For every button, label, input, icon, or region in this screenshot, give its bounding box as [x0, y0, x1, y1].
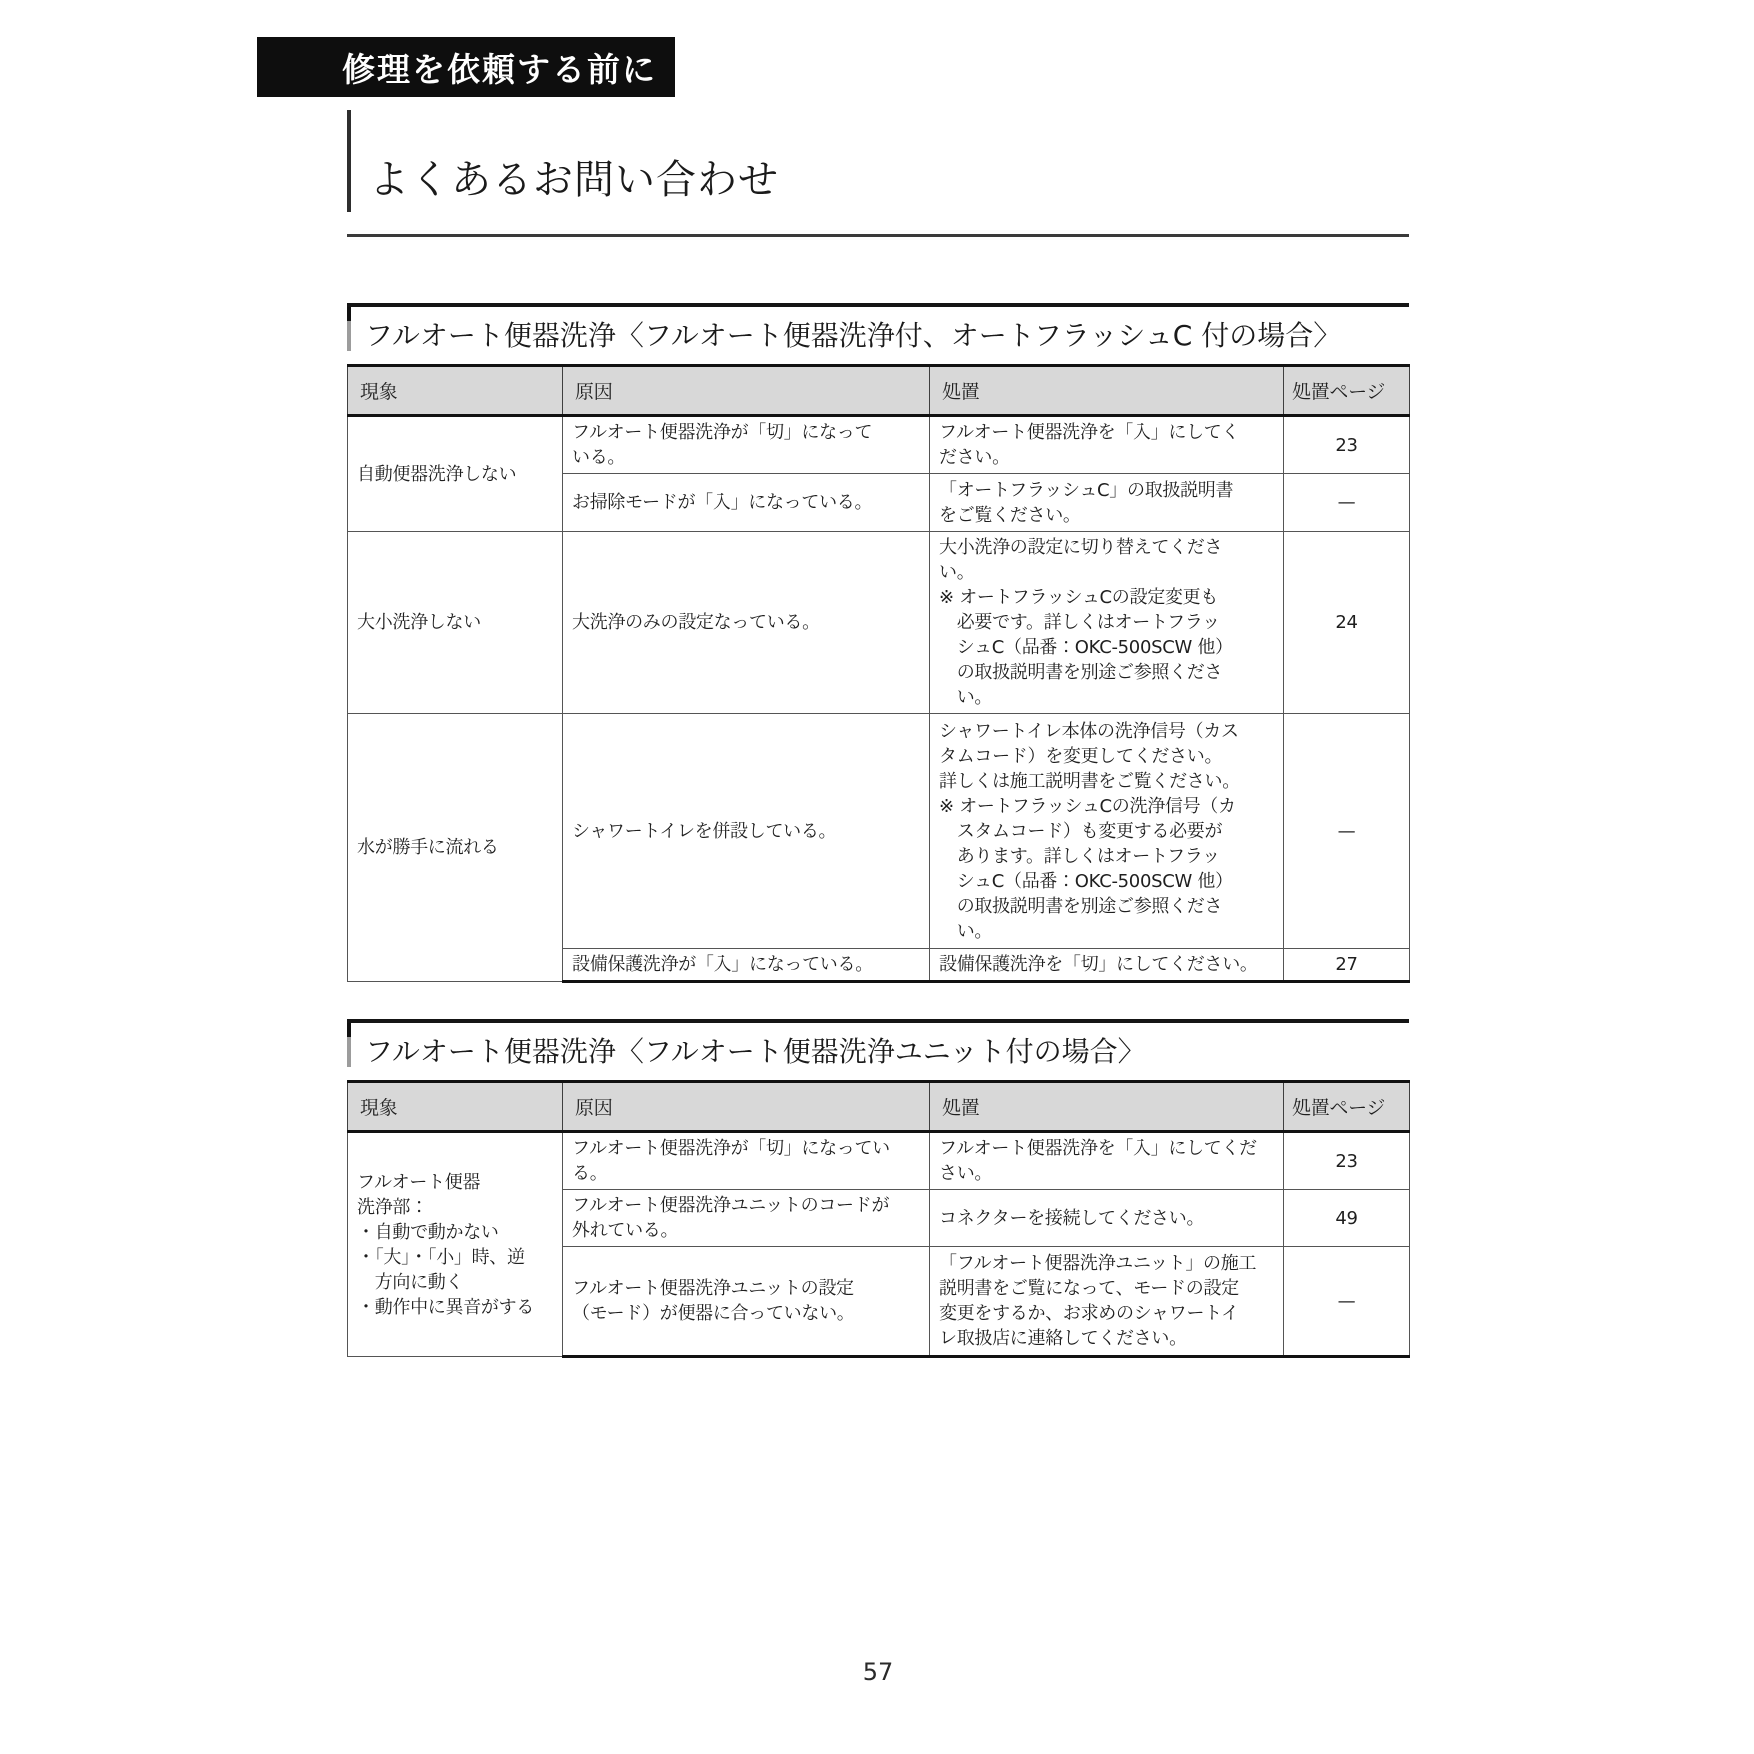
action-cell: コネクターを接続してください。 — [930, 1190, 1284, 1247]
page-ref-cell: 23 — [1284, 1132, 1410, 1190]
page-title: よくあるお問い合わせ — [369, 148, 779, 205]
col-header-phenomenon: 現象 — [348, 1082, 563, 1132]
page-title-block: よくあるお問い合わせ — [347, 110, 1409, 212]
troubleshooting-table-1: 現象 原因 処置 処置ページ 自動便器洗浄しない フルオート便器洗浄が「切」にな… — [347, 364, 1410, 983]
action-cell: 大小洗浄の設定に切り替えてくださ い。 ※ オートフラッシュCの設定変更も 必要… — [930, 532, 1284, 714]
table-row: 大小洗浄しない 大洗浄のみの設定なっている。 大小洗浄の設定に切り替えてくださ … — [348, 532, 1410, 714]
col-header-action: 処置 — [930, 366, 1284, 416]
action-cell: シャワートイレ本体の洗浄信号（カス タムコード）を変更してください。 詳しくは施… — [930, 714, 1284, 949]
cause-cell: お掃除モードが「入」になっている。 — [563, 474, 930, 532]
cause-cell: フルオート便器洗浄が「切」になってい る。 — [563, 1132, 930, 1190]
title-accent-bar — [347, 110, 351, 212]
action-cell: 「オートフラッシュC」の取扱説明書 をご覧ください。 — [930, 474, 1284, 532]
action-cell: フルオート便器洗浄を「入」にしてく ださい。 — [930, 416, 1284, 474]
col-header-page: 処置ページ — [1284, 1082, 1410, 1132]
section-title-2: フルオート便器洗浄〈フルオート便器洗浄ユニット付の場合〉 — [365, 1030, 1409, 1070]
page-ref-cell: 24 — [1284, 532, 1410, 714]
cause-cell: フルオート便器洗浄ユニットのコードが 外れている。 — [563, 1190, 930, 1247]
troubleshooting-table-2: 現象 原因 処置 処置ページ フルオート便器 洗浄部： ・自動で動かない ・「大… — [347, 1080, 1410, 1358]
section-flush-unit: フルオート便器洗浄〈フルオート便器洗浄ユニット付の場合〉 現象 原因 処置 処置… — [347, 1019, 1409, 1358]
cause-cell: 大洗浄のみの設定なっている。 — [563, 532, 930, 714]
col-header-cause: 原因 — [563, 366, 930, 416]
section-title-1: フルオート便器洗浄〈フルオート便器洗浄付、オートフラッシュC 付の場合〉 — [365, 314, 1409, 354]
action-cell: 設備保護洗浄を「切」にしてください。 — [930, 949, 1284, 982]
col-header-cause: 原因 — [563, 1082, 930, 1132]
col-header-phenomenon: 現象 — [348, 366, 563, 416]
cause-cell: 設備保護洗浄が「入」になっている。 — [563, 949, 930, 982]
phenomenon-cell: 大小洗浄しない — [348, 532, 563, 714]
page-ref-cell: — — [1284, 1247, 1410, 1357]
page-ref-cell: 23 — [1284, 416, 1410, 474]
cause-cell: シャワートイレを併設している。 — [563, 714, 930, 949]
page-ref-cell: 49 — [1284, 1190, 1410, 1247]
action-cell: フルオート便器洗浄を「入」にしてくだ さい。 — [930, 1132, 1284, 1190]
title-rule — [347, 234, 1409, 237]
table-row: 自動便器洗浄しない フルオート便器洗浄が「切」になって いる。 フルオート便器洗… — [348, 416, 1410, 474]
section-accent-bar — [347, 1023, 351, 1067]
phenomenon-cell: 自動便器洗浄しない — [348, 416, 563, 532]
action-cell: 「フルオート便器洗浄ユニット」の施工 説明書をご覧になって、モードの設定 変更を… — [930, 1247, 1284, 1357]
cause-cell: フルオート便器洗浄が「切」になって いる。 — [563, 416, 930, 474]
page-number: 57 — [347, 1658, 1409, 1686]
section-autoflush-c: フルオート便器洗浄〈フルオート便器洗浄付、オートフラッシュC 付の場合〉 現象 … — [347, 303, 1409, 983]
manual-page: 修理を依頼する前に よくあるお問い合わせ フルオート便器洗浄〈フルオート便器洗浄… — [0, 0, 1754, 1754]
table-row: フルオート便器 洗浄部： ・自動で動かない ・「大」・「小」時、逆 方向に動く … — [348, 1132, 1410, 1190]
table-header-row: 現象 原因 処置 処置ページ — [348, 366, 1410, 416]
page-ref-cell: 27 — [1284, 949, 1410, 982]
col-header-action: 処置 — [930, 1082, 1284, 1132]
page-ref-cell: — — [1284, 474, 1410, 532]
page-ref-cell: — — [1284, 714, 1410, 949]
section-title-block-1: フルオート便器洗浄〈フルオート便器洗浄付、オートフラッシュC 付の場合〉 — [347, 303, 1409, 353]
section-accent-bar — [347, 307, 351, 351]
table-row: 水が勝手に流れる シャワートイレを併設している。 シャワートイレ本体の洗浄信号（… — [348, 714, 1410, 949]
table-header-row: 現象 原因 処置 処置ページ — [348, 1082, 1410, 1132]
phenomenon-cell: 水が勝手に流れる — [348, 714, 563, 982]
phenomenon-cell: フルオート便器 洗浄部： ・自動で動かない ・「大」・「小」時、逆 方向に動く … — [348, 1132, 563, 1357]
col-header-page: 処置ページ — [1284, 366, 1410, 416]
cause-cell: フルオート便器洗浄ユニットの設定 （モード）が便器に合っていない。 — [563, 1247, 930, 1357]
chapter-badge: 修理を依頼する前に — [257, 37, 675, 97]
section-title-block-2: フルオート便器洗浄〈フルオート便器洗浄ユニット付の場合〉 — [347, 1019, 1409, 1069]
